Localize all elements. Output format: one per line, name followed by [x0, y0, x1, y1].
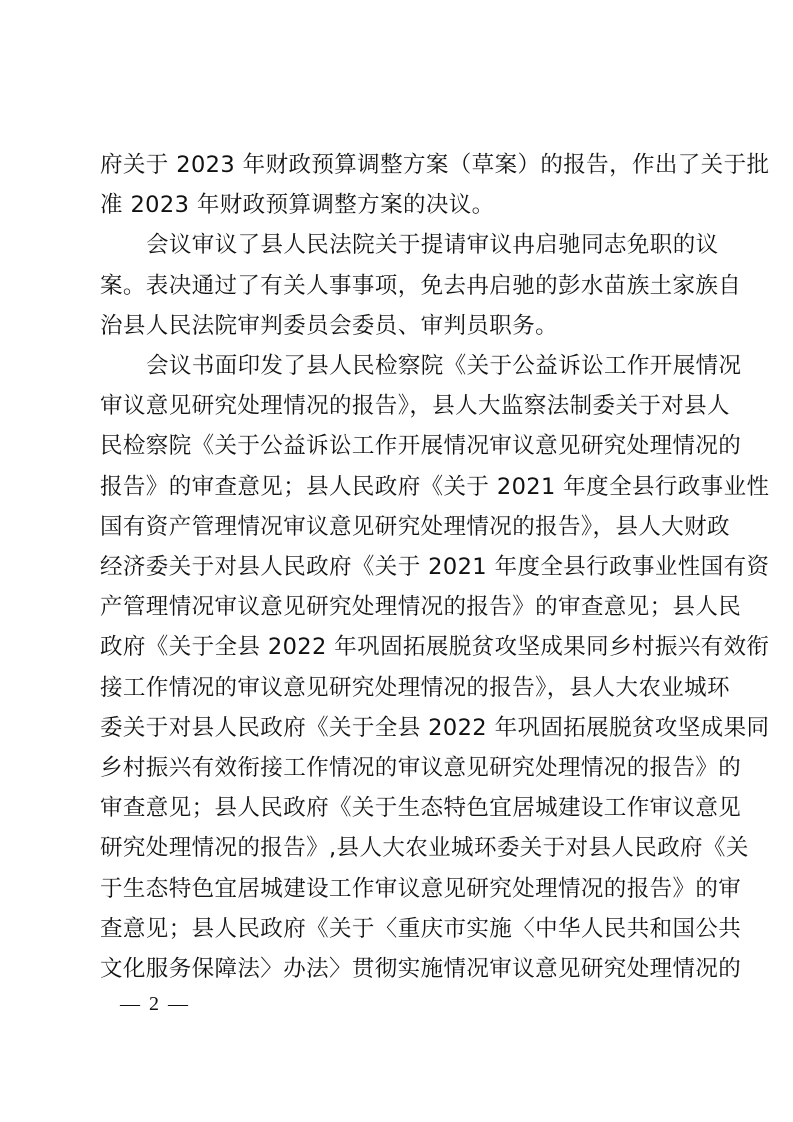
text-line: 审查意见；县人民政府《关于生态特色宜居城建设工作审议意见 — [100, 788, 696, 828]
text-line: 审议意见研究处理情况的报告》，县人大监察法制委关于对县人 — [100, 386, 696, 426]
text-line: 准 2023 年财政预算调整方案的决议。 — [100, 185, 696, 225]
paragraph-budget-resolution: 府关于 2023 年财政预算调整方案（草案）的报告，作出了关于批 准 2023 … — [100, 145, 696, 225]
text-line: 查意见；县人民政府《关于〈重庆市实施〈中华人民共和国公共 — [100, 909, 696, 949]
text-line: 于生态特色宜居城建设工作审议意见研究处理情况的报告》的审 — [100, 869, 696, 909]
paragraph-written-reports: 会议书面印发了县人民检察院《关于公益诉讼工作开展情况 审议意见研究处理情况的报告… — [100, 346, 696, 989]
text-line: 案。表决通过了有关人事事项，免去冉启驰的彭水苗族土家族自 — [100, 266, 696, 306]
text-line: 府关于 2023 年财政预算调整方案（草案）的报告，作出了关于批 — [100, 145, 696, 185]
text-line: 经济委关于对县人民政府《关于 2021 年度全县行政事业性国有资 — [100, 547, 696, 587]
text-line: 报告》的审查意见；县人民政府《关于 2021 年度全县行政事业性 — [100, 467, 696, 507]
text-line: 产管理情况审议意见研究处理情况的报告》的审查意见；县人民 — [100, 587, 696, 627]
text-line: 文化服务保障法〉办法〉贯彻实施情况审议意见研究处理情况的 — [100, 949, 696, 989]
document-body: 府关于 2023 年财政预算调整方案（草案）的报告，作出了关于批 准 2023 … — [100, 145, 696, 989]
text-line: 研究处理情况的报告》,县人大农业城环委关于对县人民政府《关 — [100, 828, 696, 868]
text-line: 乡村振兴有效衔接工作情况的审议意见研究处理情况的报告》的 — [100, 748, 696, 788]
text-line: 国有资产管理情况审议意见研究处理情况的报告》，县人大财政 — [100, 507, 696, 547]
text-line: 接工作情况的审议意见研究处理情况的报告》，县人大农业城环 — [100, 668, 696, 708]
text-line: 政府《关于全县 2022 年巩固拓展脱贫攻坚成果同乡村振兴有效衔 — [100, 627, 696, 667]
text-line: 民检察院《关于公益诉讼工作开展情况审议意见研究处理情况的 — [100, 426, 696, 466]
text-line: 治县人民法院审判委员会委员、审判员职务。 — [100, 306, 696, 346]
page-number: — 2 — — [120, 993, 190, 1016]
text-line: 会议书面印发了县人民检察院《关于公益诉讼工作开展情况 — [100, 346, 696, 386]
text-line: 委关于对县人民政府《关于全县 2022 年巩固拓展脱贫攻坚成果同 — [100, 708, 696, 748]
paragraph-personnel-dismissal: 会议审议了县人民法院关于提请审议冉启驰同志免职的议 案。表决通过了有关人事事项，… — [100, 225, 696, 346]
text-line: 会议审议了县人民法院关于提请审议冉启驰同志免职的议 — [100, 225, 696, 265]
